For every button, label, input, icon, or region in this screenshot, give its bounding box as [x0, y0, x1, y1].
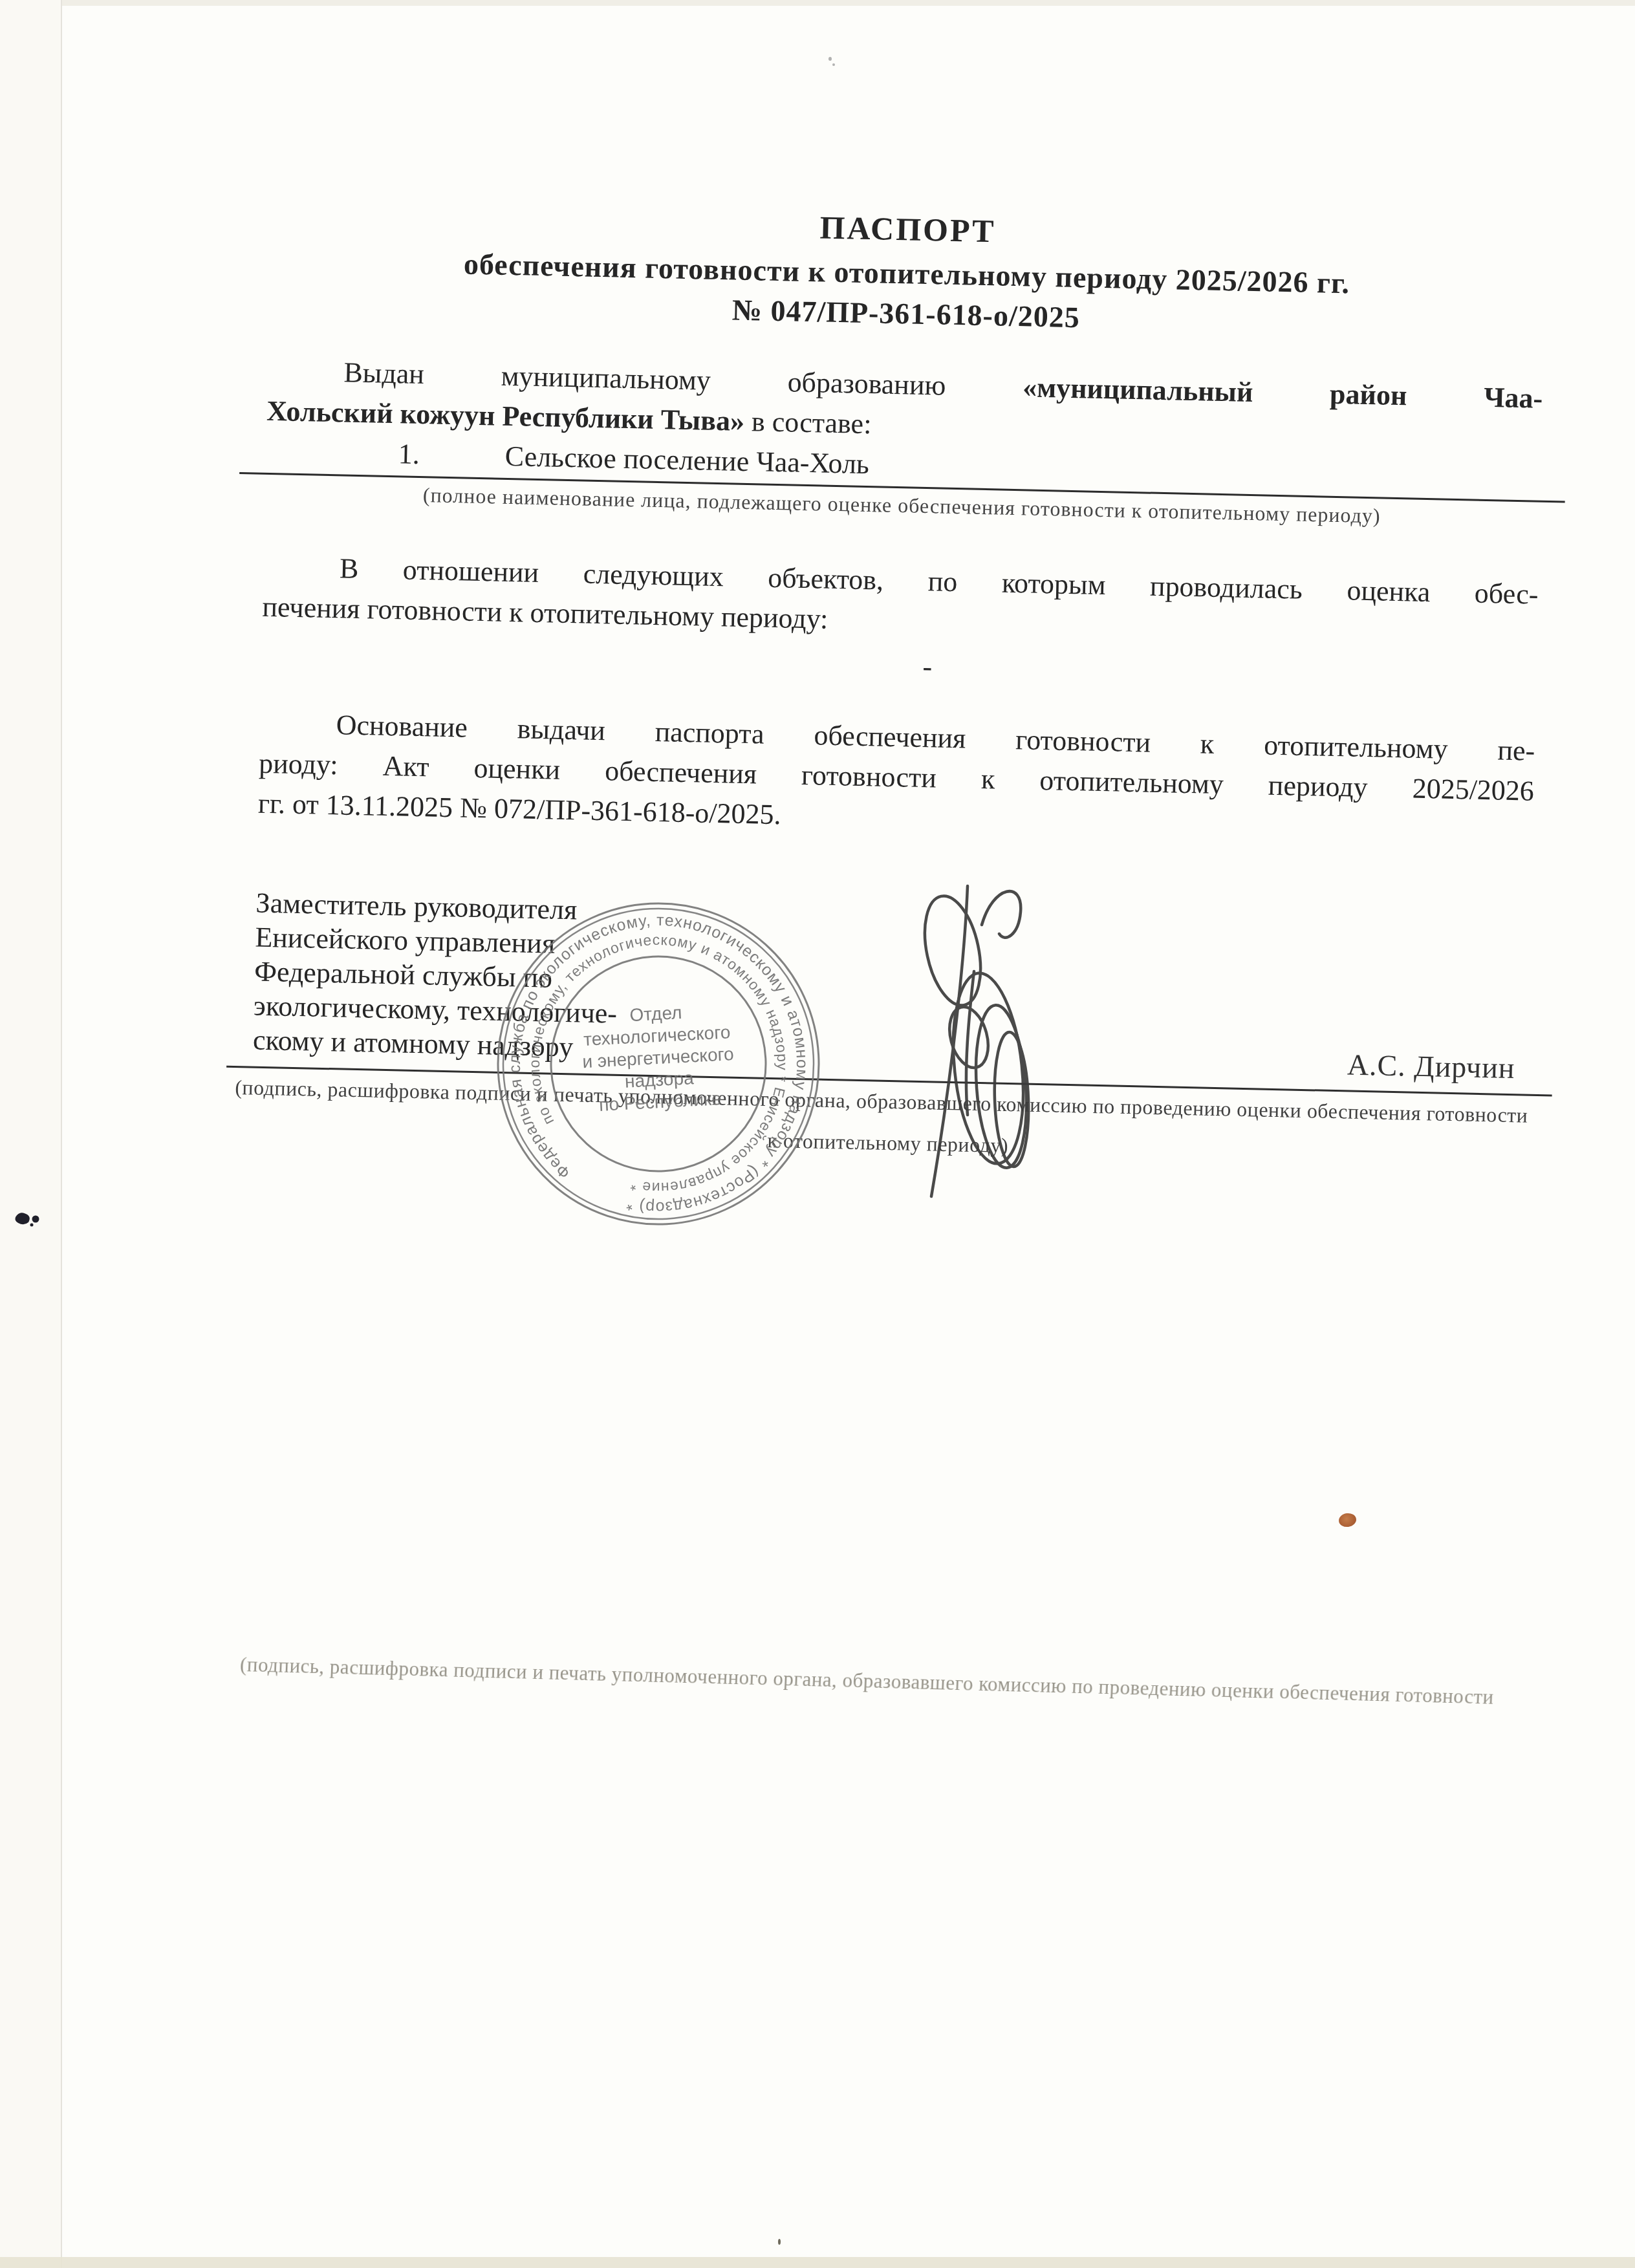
- settlement-name: Сельское поселение Чаа-Холь: [504, 440, 869, 480]
- bleed-through-caption: (подпись, расшифровка подписи и печать у…: [239, 1653, 1585, 1711]
- stamp-center-line1: Отдел: [629, 1002, 683, 1025]
- paper-left-margin-strip: [0, 0, 61, 2268]
- paper-fold-line: [61, 0, 62, 2268]
- signature-caption-line2: к отопительному периоду): [225, 1117, 1551, 1169]
- stamp-center-line4: надзора: [624, 1068, 695, 1092]
- official-round-stamp: Федеральная служба по экологическому, те…: [482, 887, 836, 1241]
- scan-speck: [778, 2239, 781, 2245]
- issued-text-bold2: Хольский кожуун Республики Тыва»: [266, 395, 745, 437]
- issued-text-bold: «муниципальный район Чаа-: [1023, 371, 1543, 415]
- scan-top-edge: [62, 0, 1635, 6]
- ink-blot-mark: [13, 1211, 43, 1231]
- settlement-number: 1.: [398, 438, 505, 473]
- handwritten-signature: [891, 874, 1040, 1201]
- scan-speck: [832, 63, 835, 66]
- stain-dot: [1338, 1512, 1358, 1528]
- stamp-center-line5: по Республике: [598, 1088, 722, 1115]
- scanned-document-page: ПАСПОРТ обеспечения готовности к отопите…: [0, 0, 1635, 2268]
- scan-bottom-edge: [0, 2257, 1635, 2268]
- issued-text-normal2: в составе:: [744, 405, 872, 440]
- scan-speck: [828, 57, 832, 61]
- signatory-name: А.С. Дирчин: [1347, 1044, 1515, 1088]
